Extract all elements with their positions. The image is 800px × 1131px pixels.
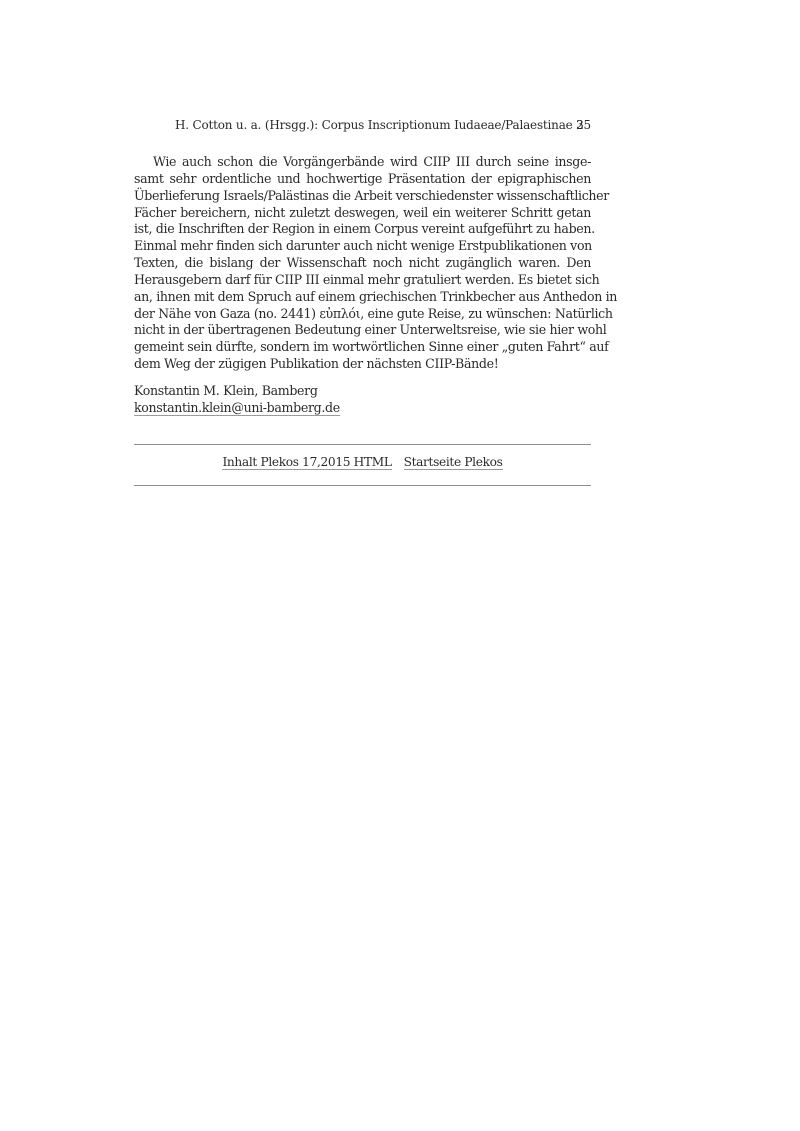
paragraph-line: Wie auch schon die Vorgängerbände wird C… (134, 154, 591, 171)
paragraph-line: nicht in der übertragenen Bedeutung eine… (134, 322, 591, 339)
review-paragraph: Wie auch schon die Vorgängerbände wird C… (134, 154, 591, 373)
paragraph-line: Herausgebern darf für CIIP III einmal me… (134, 272, 591, 289)
paragraph-line: samt sehr ordentliche und hochwertige Pr… (134, 171, 591, 188)
signature-block: Konstantin M. Klein, Bamberg konstantin.… (134, 382, 340, 416)
footer-navigation: Inhalt Plekos 17,2015 HTMLStartseite Ple… (134, 455, 591, 469)
paragraph-line: an, ihnen mit dem Spruch auf einem griec… (134, 289, 591, 306)
paragraph-line: dem Weg der zügigen Publikation der näch… (134, 356, 591, 373)
paragraph-line: ist, die Inschriften der Region in einem… (134, 221, 591, 238)
author-name: Konstantin M. Klein, Bamberg (134, 382, 340, 399)
author-email-link[interactable]: konstantin.klein@uni-bamberg.de (134, 400, 340, 416)
paragraph-line: Überlieferung Israels/Palästinas die Arb… (134, 188, 591, 205)
paragraph-line: Texten, die bislang der Wissenschaft noc… (134, 255, 591, 272)
page-number: 25 (576, 118, 591, 132)
homepage-link[interactable]: Startseite Plekos (404, 455, 503, 470)
paragraph-line: der Nähe von Gaza (no. 2441) εὐπλόι, ein… (134, 306, 591, 323)
paragraph-line: gemeint sein dürfte, sondern im wortwört… (134, 339, 591, 356)
paragraph-line: Einmal mehr finden sich darunter auch ni… (134, 238, 591, 255)
footer-divider-top (134, 444, 591, 445)
footer-divider-bottom (134, 485, 591, 486)
contents-link[interactable]: Inhalt Plekos 17,2015 HTML (222, 455, 391, 470)
running-head-title: H. Cotton u. a. (Hrsgg.): Corpus Inscrip… (175, 118, 584, 132)
paragraph-line: Fächer bereichern, nicht zuletzt deswege… (134, 205, 591, 222)
